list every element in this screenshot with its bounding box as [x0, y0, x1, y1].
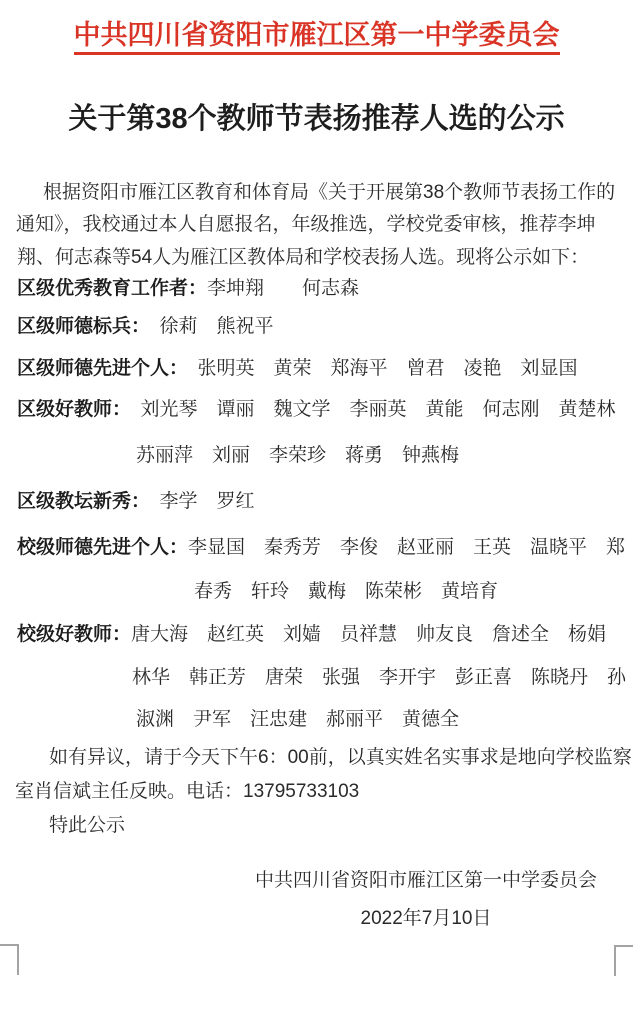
announcement-document: 中共四川省资阳市雁江区第一中学委员会 关于第38个教师节表扬推荐人选的公示 根据… [0, 0, 633, 1030]
category-label: 区级师德先进个人： [17, 358, 179, 379]
signature-date: 2022年7月10日 [255, 907, 597, 931]
objection-line-2: 室肖信斌主任反映。电话：13795733103 [15, 780, 359, 804]
closing-line: 特此公示 [49, 814, 125, 838]
category-label: 校级好教师： [17, 624, 131, 645]
crop-corner-left-icon [0, 944, 19, 975]
objection-line-1: 如有异议，请于今天下午6：00前，以真实姓名实事求是地向学校监察 [49, 746, 632, 770]
signature-block: 中共四川省资阳市雁江区第一中学委员会 2022年7月10日 [255, 869, 597, 931]
category-names-continuation: 林华 韩正芳 唐荣 张强 李开宇 彭正喜 陈晓丹 孙 [132, 666, 626, 690]
category-names: 李学 罗红 [141, 491, 255, 512]
category-names: 李坤翔 何志森 [207, 278, 359, 299]
category-label: 校级师德先进个人： [17, 537, 188, 558]
category-line-school-ethics-advanced: 校级师德先进个人：李显国 秦秀芳 李俊 赵亚丽 王英 温晓平 郑 [17, 536, 625, 560]
category-line-school-good-teacher: 校级好教师：唐大海 赵红英 刘嫱 员祥慧 帅友良 詹述全 杨娟 [17, 623, 606, 647]
category-line-district-ethics-model: 区级师德标兵： 徐莉 熊祝平 [17, 315, 274, 339]
category-line-district-outstanding-educator: 区级优秀教育工作者：李坤翔 何志森 [17, 277, 359, 301]
category-names-continuation: 淑渊 尹军 汪忠建 郝丽平 黄德全 [136, 708, 459, 732]
crop-corner-right-icon [614, 945, 633, 976]
category-names: 徐莉 熊祝平 [141, 316, 274, 337]
category-names: 张明英 黄荣 郑海平 曾君 凌艳 刘显国 [179, 358, 578, 379]
category-names-continuation: 春秀 轩玲 戴梅 陈荣彬 黄培育 [194, 580, 498, 604]
category-label: 区级师德标兵： [17, 316, 141, 337]
category-label: 区级教坛新秀： [17, 491, 141, 512]
intro-line-1: 根据资阳市雁江区教育和体育局《关于开展第38个教师节表扬工作的 [43, 181, 615, 205]
category-line-district-ethics-advanced: 区级师德先进个人： 张明英 黄荣 郑海平 曾君 凌艳 刘显国 [17, 357, 578, 381]
category-names: 唐大海 赵红英 刘嫱 员祥慧 帅友良 詹述全 杨娟 [131, 624, 606, 645]
org-title-text: 中共四川省资阳市雁江区第一中学委员会 [74, 20, 560, 55]
category-label: 区级好教师： [17, 399, 122, 420]
category-names: 刘光琴 谭丽 魏文学 李丽英 黄能 何志刚 黄楚林 [122, 399, 616, 420]
category-line-district-rookie: 区级教坛新秀： 李学 罗红 [17, 490, 255, 514]
intro-line-2: 通知》，我校通过本人自愿报名，年级推选，学校党委审核，推荐李坤 [16, 213, 596, 237]
category-names: 李显国 秦秀芳 李俊 赵亚丽 王英 温晓平 郑 [188, 537, 625, 558]
category-names-continuation: 苏丽萍 刘丽 李荣珍 蒋勇 钟燕梅 [136, 444, 459, 468]
category-line-district-good-teacher: 区级好教师： 刘光琴 谭丽 魏文学 李丽英 黄能 何志刚 黄楚林 [17, 398, 616, 422]
intro-line-3: 翔、何志森等54人为雁江区教体局和学校表扬人选。现将公示如下： [17, 246, 589, 270]
org-title: 中共四川省资阳市雁江区第一中学委员会 [0, 13, 633, 52]
signature-org: 中共四川省资阳市雁江区第一中学委员会 [255, 869, 597, 893]
category-label: 区级优秀教育工作者： [17, 278, 207, 299]
doc-title: 关于第38个教师节表扬推荐人选的公示 [0, 96, 633, 137]
